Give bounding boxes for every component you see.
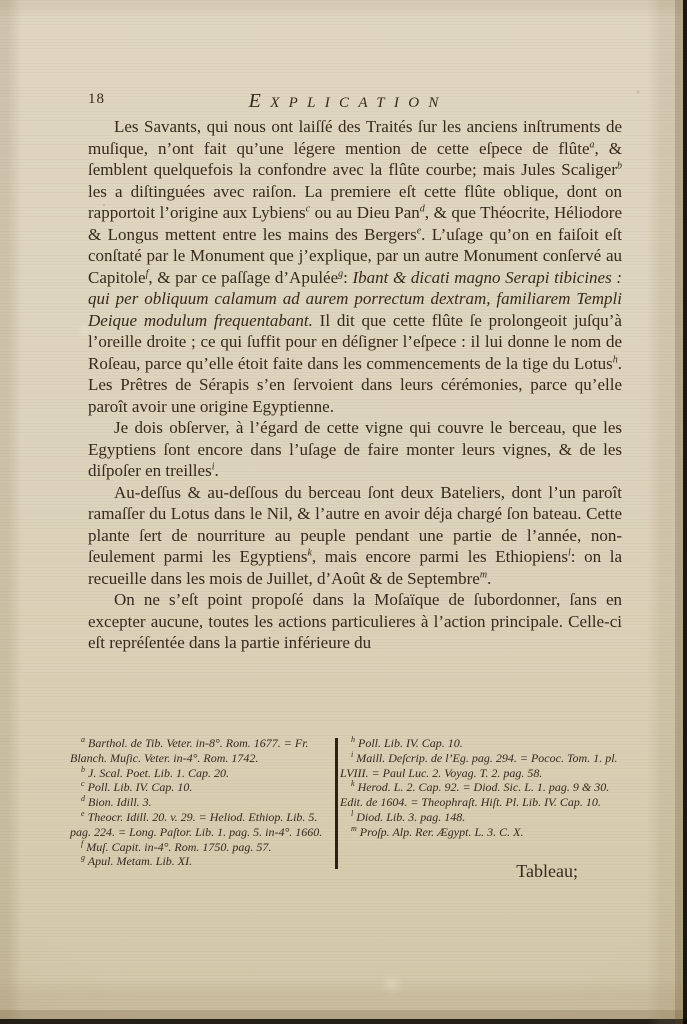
footnote-text: Poll. Lib. IV. Cap. 10. — [85, 780, 193, 794]
paragraph: On ne s’eſt point propoſé dans la Moſaïq… — [88, 589, 622, 654]
text-run: On ne s’eſt point propoſé dans la Moſaïq… — [88, 590, 622, 652]
footnote: h Poll. Lib. IV. Cap. 10. — [340, 736, 628, 751]
text-run: , & par ce paſſage d’Apulée — [148, 268, 338, 287]
footnote: d Bion. Idill. 3. — [70, 795, 333, 810]
running-head: 18 EXPLICATION — [77, 88, 610, 110]
footnote: i Maill. Deſcrip. de l’Eg. pag. 294. = P… — [340, 751, 628, 781]
paragraph: Au-deſſus & au-deſſous du berceau ſont d… — [88, 482, 622, 590]
text-run: . — [487, 569, 491, 588]
footnote-column-right: h Poll. Lib. IV. Cap. 10.i Maill. Deſcri… — [340, 736, 628, 869]
footnote-ref: b — [617, 160, 622, 171]
footnote: m Proſp. Alp. Rer. Ægypt. L. 3. C. X. — [340, 825, 628, 840]
running-title: EXPLICATION — [77, 88, 610, 113]
footnote: g Apul. Metam. Lib. XI. — [70, 854, 333, 869]
footnote: k Herod. L. 2. Cap. 92. = Diod. Sic. L. … — [340, 780, 628, 810]
text-run: . — [214, 461, 218, 480]
footnote: l Diod. Lib. 3. pag. 148. — [340, 810, 628, 825]
footnote-divider-rule — [335, 738, 338, 869]
text-run: ou au Dieu Pan — [310, 203, 420, 222]
footnote-ref: m — [480, 569, 487, 580]
footnote-text: Herod. L. 2. Cap. 92. = Diod. Sic. L. 1.… — [340, 780, 609, 809]
text-run: Les Savants, qui nous ont laiſſé des Tra… — [88, 117, 622, 158]
body-text: Les Savants, qui nous ont laiſſé des Tra… — [88, 116, 622, 654]
paragraph: Je dois obſerver, à l’égard de cette vig… — [88, 417, 622, 482]
footnotes: a Barthol. de Tib. Veter. in-8°. Rom. 16… — [70, 736, 630, 869]
footnote: f Muſ. Capit. in-4°. Rom. 1750. pag. 57. — [70, 840, 333, 855]
footnote-text: J. Scal. Poet. Lib. 1. Cap. 20. — [85, 766, 229, 780]
footnote-text: Theocr. Idill. 20. v. 29. = Heliod. Ethi… — [70, 810, 322, 839]
footnote-column-left: a Barthol. de Tib. Veter. in-8°. Rom. 16… — [70, 736, 333, 869]
catchword: Tableau; — [516, 861, 578, 882]
footnote-text: Barthol. de Tib. Veter. in-8°. Rom. 1677… — [70, 736, 309, 765]
footnote-text: Poll. Lib. IV. Cap. 10. — [355, 736, 463, 750]
paragraph: Les Savants, qui nous ont laiſſé des Tra… — [88, 116, 622, 417]
footnote-text: Apul. Metam. Lib. XI. — [85, 854, 192, 868]
footnote-text: Proſp. Alp. Rer. Ægypt. L. 3. C. X. — [357, 825, 524, 839]
text-run: Je dois obſerver, à l’égard de cette vig… — [88, 418, 622, 480]
book-page-photo: 18 EXPLICATION Les Savants, qui nous ont… — [0, 0, 687, 1024]
footnote: a Barthol. de Tib. Veter. in-8°. Rom. 16… — [70, 736, 333, 766]
page-number: 18 — [88, 91, 105, 108]
footnote: c Poll. Lib. IV. Cap. 10. — [70, 780, 333, 795]
footnote-text: Muſ. Capit. in-4°. Rom. 1750. pag. 57. — [83, 840, 271, 854]
footnote-text: Maill. Deſcrip. de l’Eg. pag. 294. = Poc… — [340, 751, 618, 780]
text-run: , mais encore parmi les Ethiopiens — [312, 547, 568, 566]
footnote: b J. Scal. Poet. Lib. 1. Cap. 20. — [70, 766, 333, 781]
text-run: : — [343, 268, 352, 287]
footnote-text: Bion. Idill. 3. — [85, 795, 152, 809]
footnote-text: Diod. Lib. 3. pag. 148. — [353, 810, 465, 824]
footnote: e Theocr. Idill. 20. v. 29. = Heliod. Et… — [70, 810, 333, 840]
